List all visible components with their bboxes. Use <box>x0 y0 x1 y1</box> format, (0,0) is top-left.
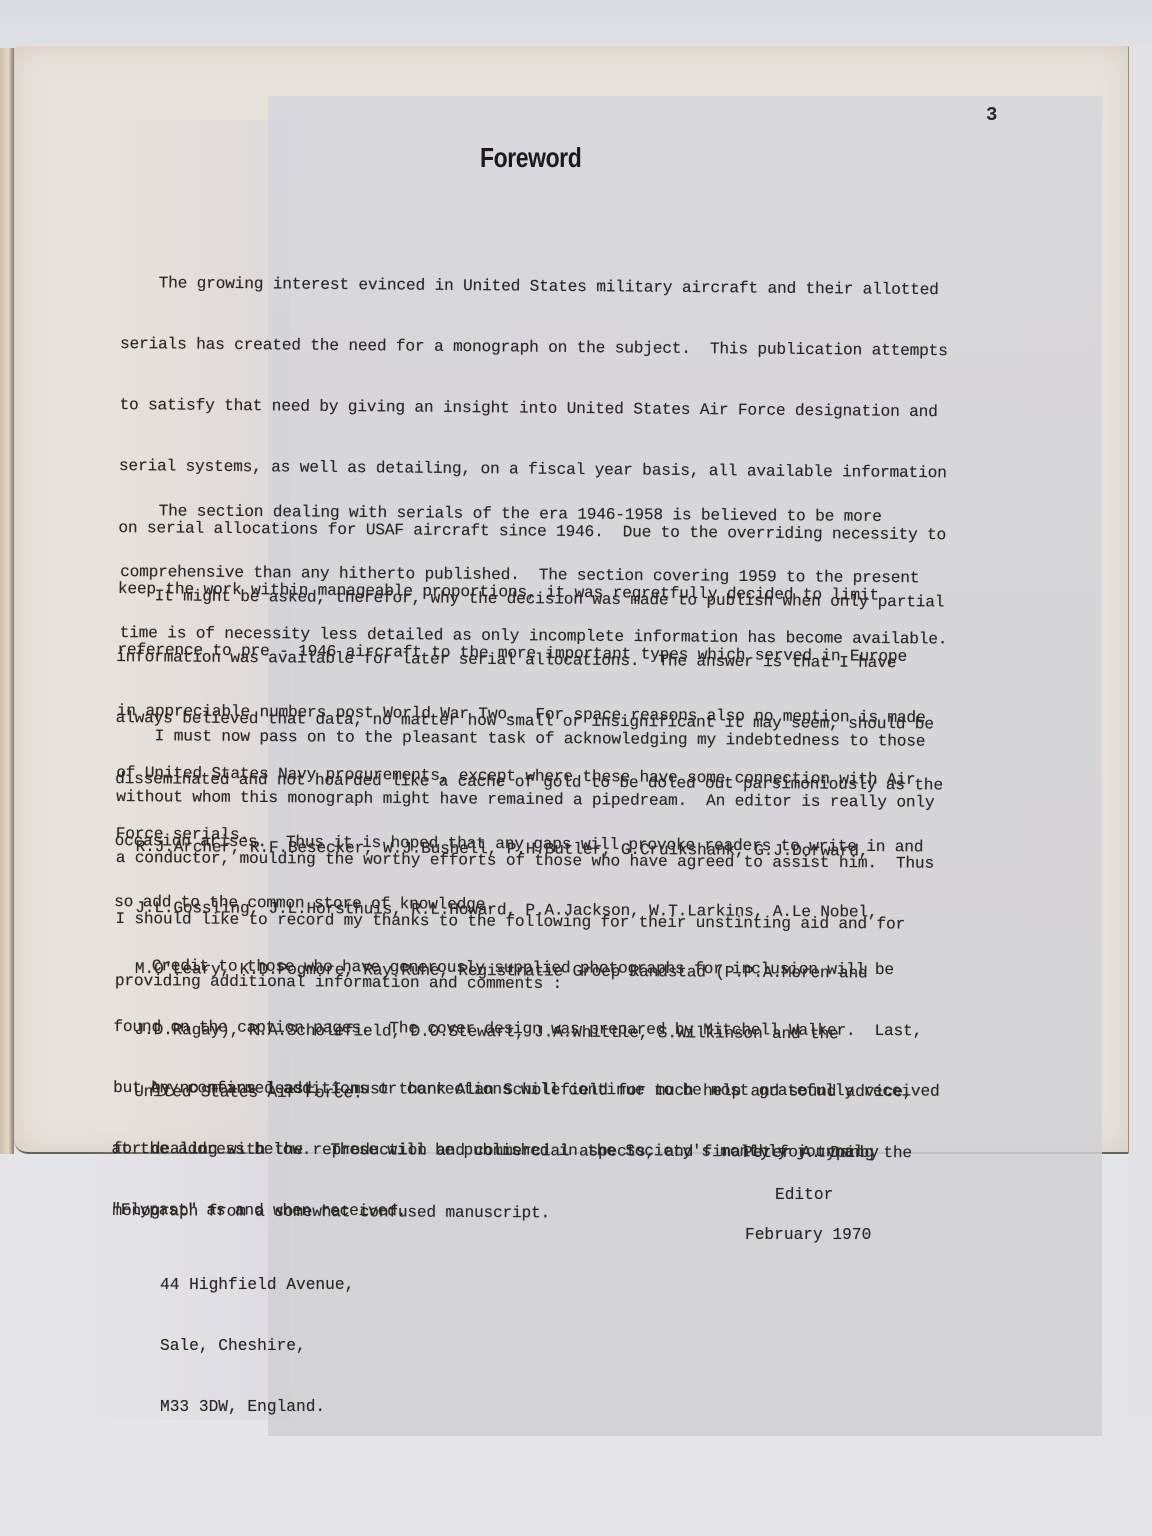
signature-name: Peter A. Danby <box>743 1144 879 1162</box>
signature-date: February 1970 <box>745 1226 871 1244</box>
text-line: to satisfy that need by giving an insigh… <box>119 395 947 423</box>
address-line: 44 Highfield Avenue, <box>160 1275 354 1295</box>
page-number: 3 <box>986 104 997 126</box>
text-line: serials has created the need for a monog… <box>120 334 948 362</box>
text-line: The growing interest evinced in United S… <box>120 273 948 301</box>
page-title: Foreword <box>480 142 581 174</box>
text-line: Any confirmed additions or corrections w… <box>112 1078 940 1102</box>
text-line: I must now pass on to the pleasant task … <box>117 726 935 752</box>
text-line: information was available for later seri… <box>116 647 944 674</box>
postal-address: 44 Highfield Avenue, Sale, Cheshire, M33… <box>160 1234 354 1458</box>
document-content: 3 Foreword The growing interest evinced … <box>0 0 1152 1536</box>
text-line: The section dealing with serials of the … <box>121 501 949 528</box>
text-line: It might be asked, therefor, why the dec… <box>117 586 945 613</box>
text-line: Credit to those who have generously supp… <box>114 956 923 981</box>
address-line: Sale, Cheshire, <box>160 1336 354 1356</box>
signature-role: Editor <box>775 1186 833 1204</box>
text-line: R.J.Archer, R.F.Besecker, W.J.Bushell, P… <box>136 837 878 862</box>
address-line: M33 3DW, England. <box>160 1397 354 1417</box>
